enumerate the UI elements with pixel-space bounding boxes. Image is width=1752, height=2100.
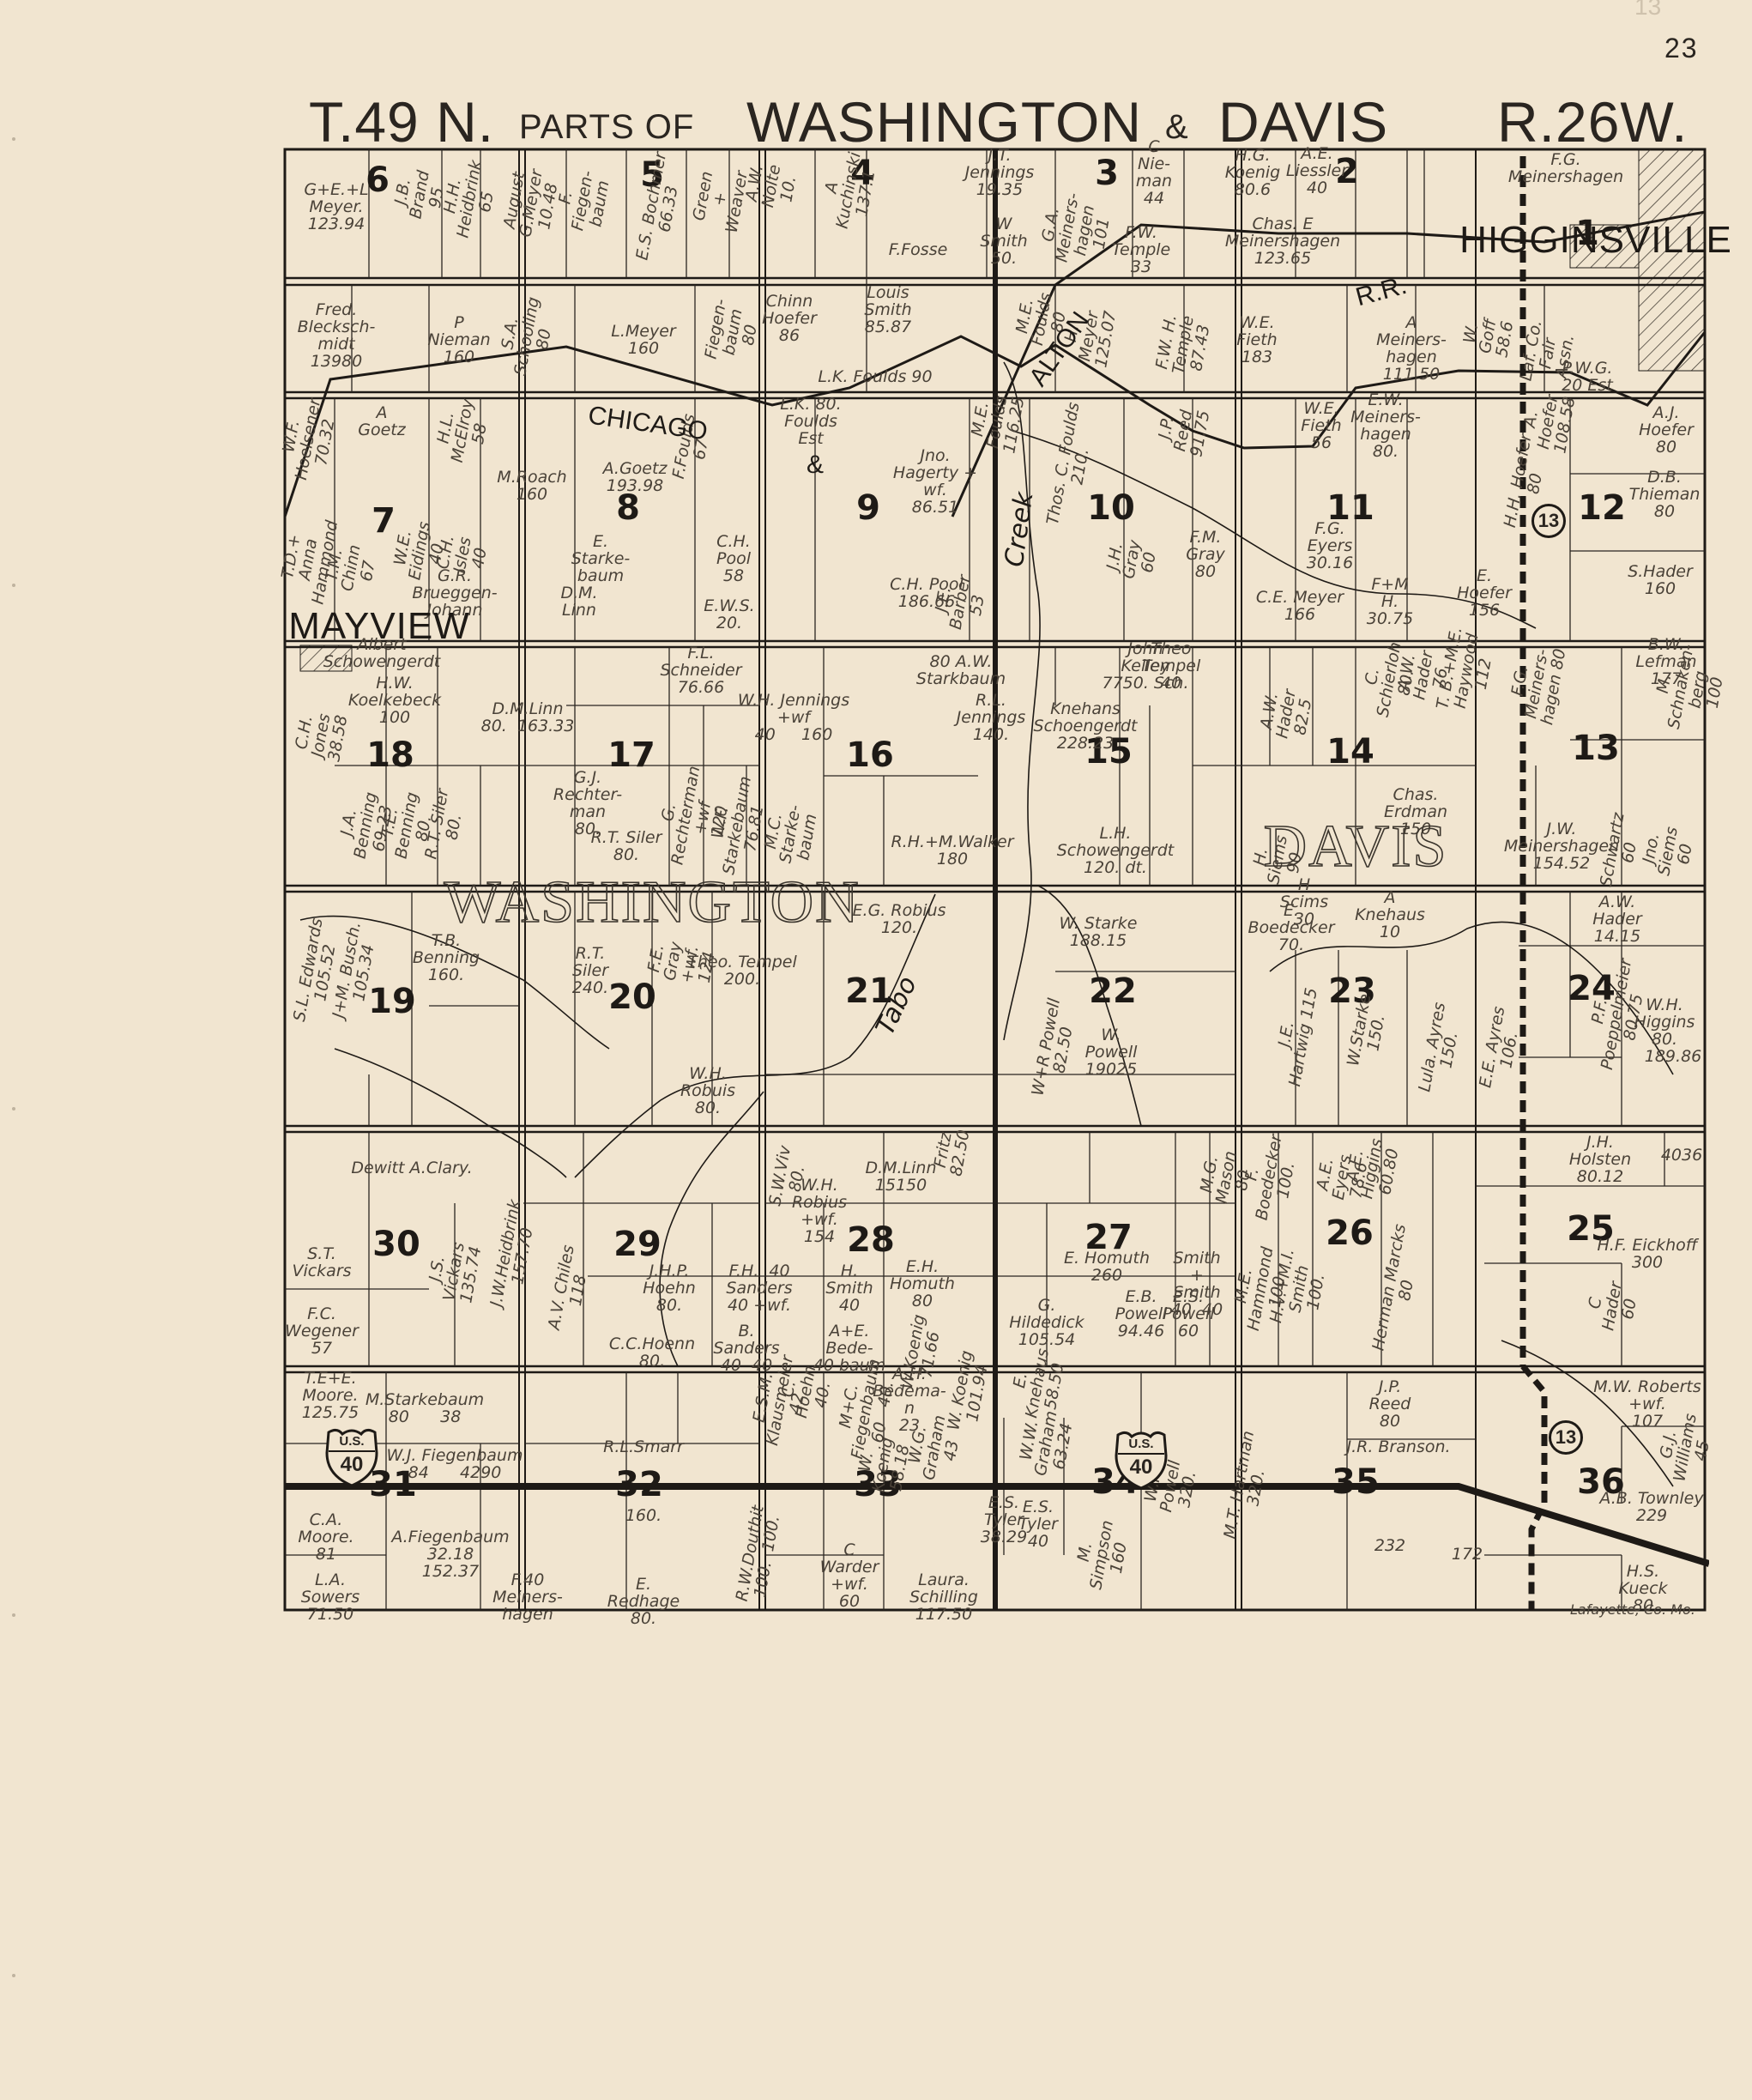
parcel-owner-label[interactable]: 4036 xyxy=(1661,1147,1702,1165)
parcel-owner-label[interactable]: W Smith 50. xyxy=(980,216,1027,268)
parcel-owner-label[interactable]: Chinn Hoefer 86 xyxy=(762,294,817,345)
parcel-owner-label[interactable]: C.H. Pool 58 xyxy=(716,534,751,585)
parcel-owner-label[interactable]: Knehans Schoengerdt 228.23 xyxy=(1034,701,1138,753)
parcel-owner-label[interactable]: A Knehaus 10 xyxy=(1355,890,1425,941)
parcel-owner-label[interactable]: Louis Smith 85.87 xyxy=(864,285,911,336)
title-township: T.49 N. xyxy=(309,89,494,154)
section-number: 18 xyxy=(366,735,414,775)
parcel-owner-label[interactable]: S.Hader 160 xyxy=(1628,564,1693,598)
margin-dot xyxy=(12,137,15,141)
parcel-owner-label[interactable]: A.B. Townley 229 xyxy=(1599,1491,1703,1525)
parcel-owner-label[interactable]: Smith + Smith 40 40 xyxy=(1171,1250,1223,1319)
parcel-owner-label[interactable]: 232 xyxy=(1374,1538,1405,1555)
parcel-owner-label[interactable]: E. Hoefer 156 xyxy=(1457,568,1512,620)
parcel-owner-label[interactable]: F.W. Temple 33 xyxy=(1112,225,1171,276)
parcel-owner-label[interactable]: M.Starkebaum 80 38 xyxy=(366,1392,484,1426)
parcel-owner-label[interactable]: A.Goetz 193.98 xyxy=(603,461,668,495)
parcel-owner-label[interactable]: G.A. Meiners- hagen 101 xyxy=(1037,189,1117,269)
parcel-owner-label[interactable]: F.H. 40 Sanders 40 +wf. xyxy=(726,1263,792,1315)
place-higginsville[interactable]: HIGGINSVILLE xyxy=(1459,219,1732,262)
parcel-owner-label[interactable]: L.H. Schowengerdt 120. dt. xyxy=(1057,826,1175,877)
parcel-owner-label[interactable]: F.Fosse xyxy=(889,242,948,259)
parcel-owner-label[interactable]: F.M. Gray 80 xyxy=(1186,530,1224,581)
parcel-owner-label[interactable]: J.P. Reed 91.75 xyxy=(1155,403,1213,458)
section-number: 6 xyxy=(366,160,390,200)
parcel-owner-label[interactable]: J.P. Reed 80 xyxy=(1369,1379,1411,1431)
parcel-owner-label[interactable]: A.E. Higgins 60.80 xyxy=(1342,1135,1403,1203)
section-number: 35 xyxy=(1332,1462,1380,1502)
title-parts-of: PARTS OF xyxy=(519,108,694,147)
parcel-owner-label[interactable]: H.L. McElroy 58 xyxy=(432,395,494,467)
title-washington: WASHINGTON xyxy=(746,89,1142,154)
parcel-owner-label[interactable]: A.E. Liessler 40 xyxy=(1286,146,1348,197)
parcel-owner-label[interactable]: 80 A.W. Starkbaum xyxy=(916,654,1006,688)
state-hwy-13-marker: 13 xyxy=(1531,504,1566,538)
section-number: 14 xyxy=(1326,732,1374,772)
margin-dot xyxy=(12,584,15,587)
section-number: 3 xyxy=(1095,154,1119,193)
parcel-owner-label[interactable]: E. Homuth 260 xyxy=(1064,1250,1150,1285)
section-number: 13 xyxy=(1572,729,1620,768)
parcel-owner-label[interactable]: F.L. Schneider 76.66 xyxy=(660,645,741,697)
parcel-owner-label[interactable]: Jno. Siems 60 xyxy=(1640,823,1699,881)
parcel-owner-label[interactable]: F.W. H. Temple 87.43 xyxy=(1154,312,1215,378)
parcel-owner-label[interactable]: H.F. Eickhoff 300 xyxy=(1598,1238,1698,1272)
parcel-owner-label[interactable]: Jno. Hagerty + wf. 86.51 xyxy=(893,448,977,517)
parcel-owner-label[interactable]: D.M.Linn 80. 163.33 xyxy=(481,701,575,735)
section-number: 28 xyxy=(847,1220,895,1260)
parcel-owner-label[interactable]: 172 xyxy=(1452,1546,1483,1564)
parcel-owner-label[interactable]: C Warder +wf. 60 xyxy=(820,1542,879,1611)
parcel-owner-label[interactable]: M.Roach 160 xyxy=(497,469,566,504)
us40-shield-icon: U.S. 40 xyxy=(1111,1428,1171,1490)
parcel-owner-label[interactable]: W.H. Higgins 80. xyxy=(1634,997,1695,1049)
parcel-owner-label[interactable]: R.T. Siler 80. xyxy=(591,830,662,864)
parcel-owner-label[interactable]: 160. xyxy=(625,1508,662,1525)
parcel-owner-label[interactable]: C.H. Jones 38.58 xyxy=(293,708,351,763)
title-range: R.26W. xyxy=(1497,89,1688,154)
parcel-owner-label[interactable]: Fiegen- baum 80 xyxy=(703,298,764,366)
parcel-owner-label[interactable]: F.G. Eyers 30.16 xyxy=(1307,521,1353,572)
parcel-owner-label[interactable]: W. Starke 188.15 xyxy=(1060,916,1138,950)
section-number: 19 xyxy=(368,982,416,1021)
parcel-owner-label[interactable]: F.40 Meiners- hagen xyxy=(492,1572,563,1624)
parcel-owner-label[interactable]: A Goetz xyxy=(358,405,405,439)
parcel-owner-label[interactable]: F.C. Wegener 57 xyxy=(285,1306,359,1358)
parcel-owner-label[interactable]: A.W. Nolte 10. xyxy=(743,160,801,212)
page-number: 23 xyxy=(1664,33,1699,64)
section-number: 29 xyxy=(613,1225,662,1264)
parcel-owner-label[interactable]: C.A. Moore. 81 xyxy=(298,1512,353,1564)
parcel-owner-label[interactable]: T.M. Chinn 67 xyxy=(323,541,381,596)
parcel-owner-label[interactable]: H Scims 30 xyxy=(1280,877,1328,929)
parcel-owner-label[interactable]: G+E.+L Meyer. 123.94 xyxy=(304,182,368,233)
parcel-owner-label[interactable]: D.B. Thieman 80 xyxy=(1629,469,1701,521)
parcel-owner-label[interactable]: W.H. Jennings +wf 40 160 xyxy=(738,693,849,744)
parcel-owner-label[interactable]: R.L. Jennings 140. xyxy=(957,693,1026,744)
parcel-owner-label[interactable]: L.K. Foulds 90 xyxy=(818,369,932,386)
state-hwy-13-marker: 13 xyxy=(1549,1420,1583,1455)
page-corner-mark: 13 xyxy=(1634,0,1661,21)
parcel-owner-label[interactable]: A.Fiegenbaum 32.18 152.37 xyxy=(391,1529,509,1581)
parcel-owner-label[interactable]: C. Hoehn 40. xyxy=(776,1361,837,1422)
parcel-owner-label[interactable]: W.H. Robuis 80. xyxy=(680,1066,735,1117)
parcel-owner-label[interactable]: D.M. Linn xyxy=(560,585,597,620)
parcel-owner-label[interactable]: P.W.G. 20 Est xyxy=(1562,360,1613,395)
parcel-owner-label[interactable]: P Nieman 160 xyxy=(427,315,490,366)
parcel-owner-label[interactable]: H.W. Koelkebeck 100 xyxy=(348,675,441,727)
township-davis: DAVIS xyxy=(1264,813,1448,881)
parcel-owner-label[interactable]: L.K. 80. Foulds Est xyxy=(780,396,841,448)
section-number: 30 xyxy=(372,1225,420,1264)
parcel-owner-label[interactable]: D.M.Linn 15150 xyxy=(865,1160,936,1195)
parcel-owner-label[interactable]: L.Meyer 160 xyxy=(611,324,675,358)
parcel-owner-label[interactable]: W.E. Fieth 183 xyxy=(1236,315,1277,366)
parcel-owner-label[interactable]: E. Redhage 80. xyxy=(607,1577,680,1628)
parcel-owner-label[interactable]: R.L.Smarr xyxy=(603,1439,684,1456)
section-number: 26 xyxy=(1326,1213,1374,1253)
parcel-owner-label[interactable]: C.C.Hoenn 80. xyxy=(609,1336,695,1371)
parcel-owner-label[interactable]: W.J. Fiegenbaum 84 4290 xyxy=(387,1448,523,1482)
map-credit: Lafayette, Co. Mo. xyxy=(1570,1601,1695,1618)
parcel-owner-label[interactable]: M. Schnaken- berg 100 xyxy=(1649,640,1731,736)
section-number: 9 xyxy=(856,488,880,528)
parcel-owner-label[interactable]: Dewitt A.Clary. xyxy=(351,1160,472,1177)
parcel-owner-label[interactable]: J.E. Barber 53 xyxy=(931,571,991,633)
railroad-label-ampersand: & xyxy=(807,451,824,480)
parcel-owner-label[interactable]: H.G. Koenig 80.6 xyxy=(1225,148,1280,199)
parcel-owner-label[interactable]: 189.86 xyxy=(1645,1049,1701,1066)
parcel-owner-label[interactable]: Theo. Tempel 200. xyxy=(687,954,797,989)
section-number: 22 xyxy=(1089,971,1137,1011)
us40-shield-top: U.S. xyxy=(322,1434,382,1449)
margin-dot xyxy=(12,1613,15,1617)
parcel-owner-label[interactable]: W.E. Fieth 56 xyxy=(1301,401,1341,452)
parcel-owner-label[interactable]: A.W. Hader 82.5 xyxy=(1258,685,1317,742)
township-washington: WASHINGTON xyxy=(444,868,860,937)
parcel-owner-label[interactable]: W. Koenig 58.18 xyxy=(854,1433,914,1497)
parcel-owner-label[interactable]: T.E+E. Moore. 125.75 xyxy=(302,1371,359,1422)
parcel-owner-label[interactable]: Fred. Blecksch- midt 13980 xyxy=(298,302,376,371)
parcel-owner-label[interactable]: L.A. Sowers 71.50 xyxy=(301,1572,360,1624)
parcel-owner-label[interactable]: R.T. Siler 240. xyxy=(572,946,608,997)
parcel-owner-label[interactable]: E.B. Powell 94.46 xyxy=(1115,1289,1168,1340)
section-number: 17 xyxy=(607,735,655,775)
parcel-owner-label[interactable]: E. Starke- baum xyxy=(571,534,631,585)
section-number: 32 xyxy=(615,1465,663,1504)
parcel-owner-label[interactable]: Chas. E Meinershagen 123.65 xyxy=(1225,216,1340,268)
parcel-owner-label[interactable]: J.H.P. Hoehn 80. xyxy=(643,1263,696,1315)
us40-shield-icon: U.S. 40 xyxy=(322,1425,382,1487)
parcel-owner-label[interactable]: Theo Tempel 40 xyxy=(1142,641,1201,693)
parcel-owner-label[interactable]: A Meiners- hagen 111.50 xyxy=(1376,315,1447,384)
parcel-owner-label[interactable]: C Nie- man 44 xyxy=(1136,139,1172,208)
parcel-owner-label[interactable]: F+M H. 30.75 xyxy=(1367,577,1413,628)
us40-shield-number: 40 xyxy=(1111,1455,1171,1480)
section-number: 10 xyxy=(1087,488,1135,528)
parcel-owner-label[interactable]: J.H. Holsten 80.12 xyxy=(1569,1135,1631,1186)
parcel-owner-label[interactable]: M.E. Foulds 116.25 xyxy=(968,390,1028,455)
parcel-owner-label[interactable]: H. Smith 40 xyxy=(825,1263,873,1315)
parcel-owner-label[interactable]: E.H. Homuth 80 xyxy=(890,1259,955,1310)
parcel-owner-label[interactable]: T.B. Benning 160. xyxy=(413,933,480,984)
parcel-owner-label[interactable]: A.J. Hoefer 80 xyxy=(1639,405,1694,457)
margin-dot xyxy=(12,1974,15,1977)
parcel-owner-label[interactable]: E.W. Meiners- hagen 80. xyxy=(1350,392,1421,461)
parcel-owner-label[interactable]: J.S. Vickars 135.74 xyxy=(425,1238,486,1305)
parcel-owner-label[interactable]: J.T. Jennings 19.35 xyxy=(965,148,1035,199)
us40-shield-top: U.S. xyxy=(1111,1437,1171,1451)
parcel-owner-label[interactable]: F.G. Meinershagen xyxy=(1508,152,1623,186)
parcel-owner-label[interactable]: J.R. Branson. xyxy=(1346,1439,1450,1456)
parcel-owner-label[interactable]: C Hader 60 xyxy=(1584,1277,1643,1334)
section-number: 7 xyxy=(372,501,396,541)
place-mayview[interactable]: MAYVIEW xyxy=(288,605,470,648)
section-number: 20 xyxy=(608,977,656,1017)
margin-dot xyxy=(12,1107,15,1111)
section-number: 16 xyxy=(846,735,894,775)
parcel-owner-label[interactable]: E.G. Robius 120. xyxy=(853,903,946,937)
us40-shield-number: 40 xyxy=(322,1453,382,1477)
section-number: 12 xyxy=(1578,488,1626,528)
parcel-owner-label[interactable]: M.C. Starke- baum xyxy=(761,801,822,868)
parcel-owner-label[interactable]: E.S. Tyler 40 xyxy=(1018,1499,1058,1551)
parcel-owner-label[interactable]: W. Powell 19025 xyxy=(1085,1027,1138,1079)
parcel-owner-label[interactable]: R.H.+M.Walker 180 xyxy=(891,834,1013,868)
parcel-owner-label[interactable]: S.T. Vickars xyxy=(292,1246,351,1280)
parcel-owner-label[interactable]: A. Hoefer 108.58 xyxy=(1519,390,1579,455)
plat-map[interactable]: 6543217891011121817161514131920212223243… xyxy=(283,148,1709,1615)
parcel-owner-label[interactable]: F. Fiegen- baum xyxy=(553,166,613,235)
parcel-owner-label[interactable]: C.E. Meyer 166 xyxy=(1256,590,1344,624)
parcel-owner-label[interactable]: A.W. Hader 14.15 xyxy=(1592,894,1642,946)
parcel-owner-label[interactable]: Laura. Schilling 117.50 xyxy=(909,1572,978,1624)
parcel-owner-label[interactable]: G. Hildedick 105.54 xyxy=(1009,1298,1084,1349)
parcel-owner-label[interactable]: E.W.S. 20. xyxy=(704,598,754,632)
